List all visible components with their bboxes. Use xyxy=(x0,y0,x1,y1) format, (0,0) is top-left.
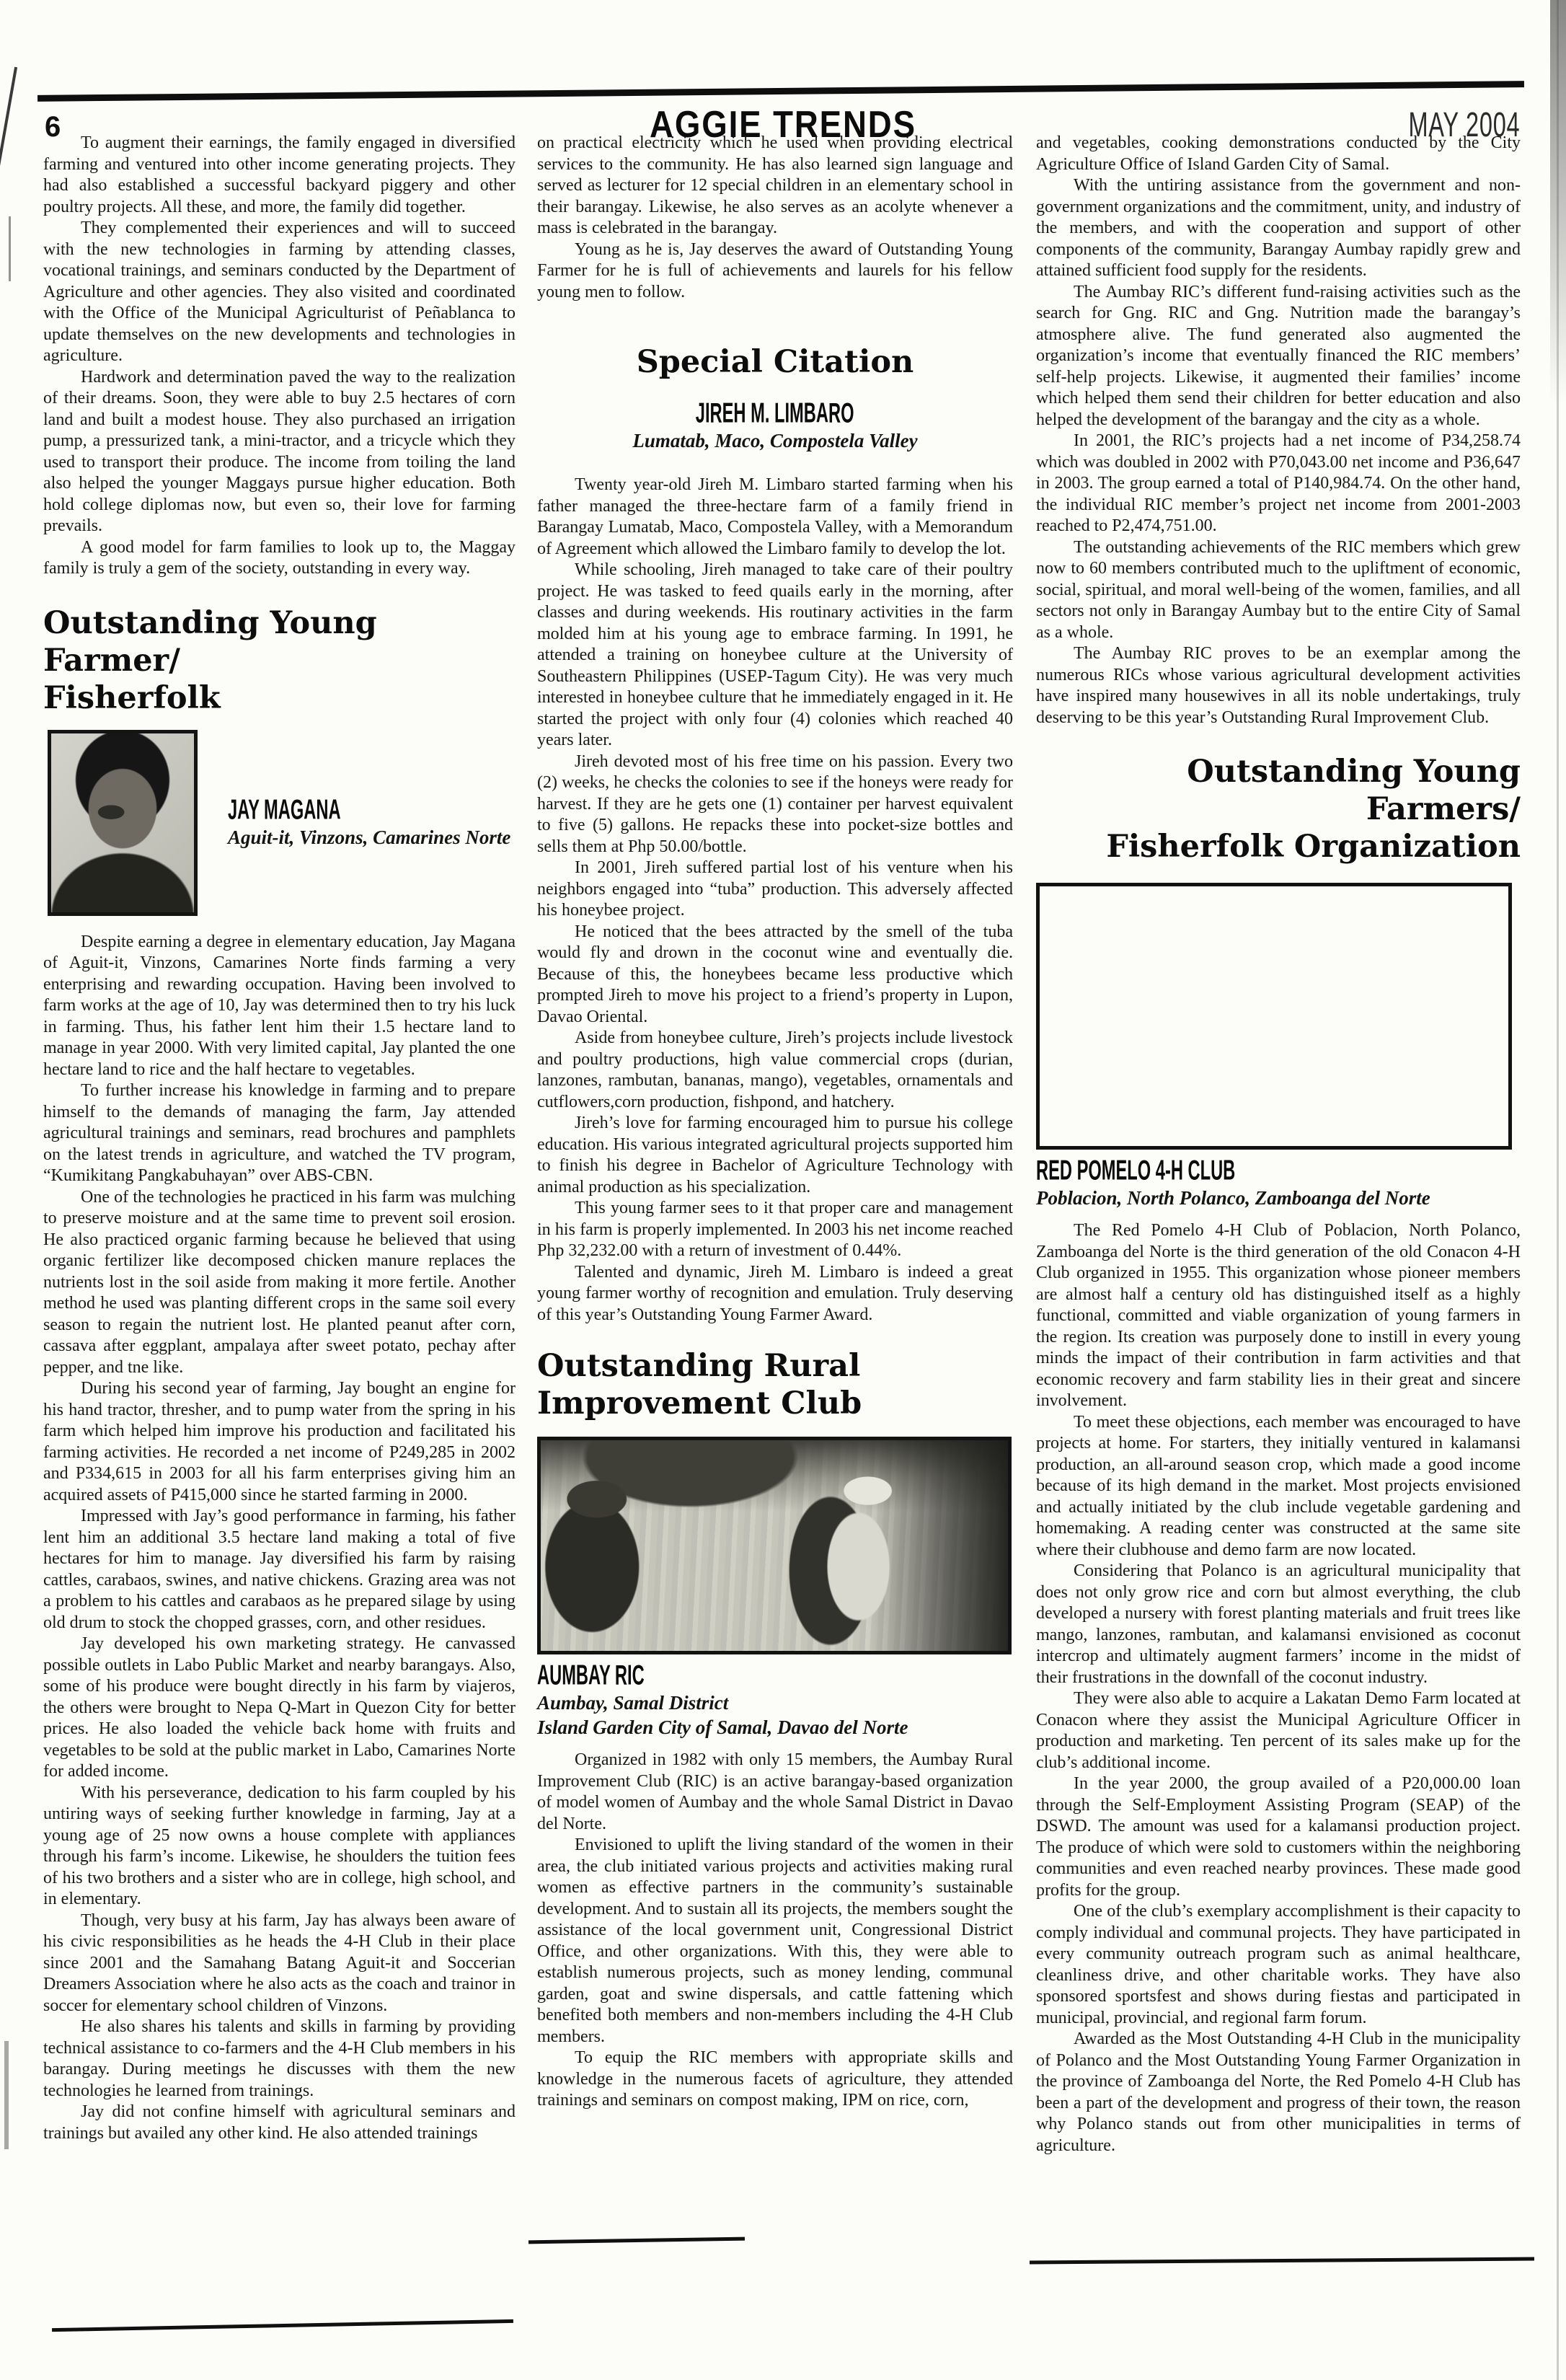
profile-name: JAY MAGANA xyxy=(228,795,341,825)
scan-artifact xyxy=(9,216,11,281)
profile-location: Lumatab, Maco, Compostela Valley xyxy=(537,428,1013,453)
article-paragraph: The Aumbay RIC proves to be an exemplar … xyxy=(1036,643,1521,728)
heading-line: Fisherfolk Organization xyxy=(1106,829,1521,865)
profile-name: JIREH M. LIMBARO xyxy=(696,398,854,428)
caption-name: AUMBAY RIC xyxy=(537,1660,645,1691)
article-paragraph: To further increase his knowledge in far… xyxy=(43,1080,516,1187)
article-paragraph: Hardwork and determination paved the way… xyxy=(43,367,516,537)
article-paragraph: They were also able to acquire a Lakatan… xyxy=(1036,1688,1521,1773)
article-paragraph: Jireh devoted most of his free time on h… xyxy=(537,752,1013,858)
heading-line: Fisherfolk xyxy=(43,680,221,716)
profile-jireh-limbaro: JIREH M. LIMBARO Lumatab, Maco, Composte… xyxy=(537,400,1013,453)
article-paragraph: Jay developed his own marketing strategy… xyxy=(43,1634,516,1783)
article-paragraph: Impressed with Jay’s good performance in… xyxy=(43,1506,516,1634)
article-paragraph: Envisioned to uplift the living standard… xyxy=(537,1835,1013,2048)
photo-caption-red-pomelo: RED POMELO 4-H CLUB Poblacion, North Pol… xyxy=(1036,1157,1521,1210)
aumbay-ric-photo xyxy=(537,1437,1012,1654)
article-paragraph: He noticed that the bees attracted by th… xyxy=(537,922,1013,1028)
article-paragraph: With the untiring assistance from the go… xyxy=(1036,175,1521,282)
article-paragraph: Jireh’s love for farming encouraged him … xyxy=(537,1113,1013,1198)
article-paragraph: Aside from honeybee culture, Jireh’s pro… xyxy=(537,1028,1013,1113)
caption-location: Aumbay, Samal District xyxy=(537,1691,1013,1715)
bottom-rule-middle xyxy=(528,2237,745,2244)
article-paragraph: To augment their earnings, the family en… xyxy=(43,133,516,218)
profile-jay-magana: JAY MAGANA Aguit-it, Vinzons, Camarines … xyxy=(48,730,516,916)
heading-line: Improvement Club xyxy=(537,1385,862,1422)
article-paragraph: In 2001, Jireh suffered partial lost of … xyxy=(537,858,1013,922)
scan-artifact xyxy=(1557,0,1559,2380)
article-paragraph: During his second year of farming, Jay b… xyxy=(43,1378,516,1506)
header-rule xyxy=(37,81,1524,102)
article-paragraph: The Aumbay RIC’s different fund-raising … xyxy=(1036,282,1521,431)
section-heading-special-citation: Special Citation xyxy=(537,343,1013,381)
newspaper-page: 6 AGGIE TRENDS MAY 2004 To augment their… xyxy=(0,0,1566,2380)
article-paragraph: One of the club’s exemplary accomplishme… xyxy=(1036,1901,1521,2029)
caption-location: Island Garden City of Samal, Davao del N… xyxy=(537,1715,1013,1740)
article-paragraph: Though, very busy at his farm, Jay has a… xyxy=(43,1910,516,2017)
heading-line: Outstanding Young Farmers/ xyxy=(1187,754,1521,827)
red-pomelo-club-photo xyxy=(1036,883,1512,1150)
article-paragraph: Despite earning a degree in elementary e… xyxy=(43,932,516,1081)
article-paragraph: To meet these objections, each member wa… xyxy=(1036,1412,1521,1561)
profile-info: JAY MAGANA Aguit-it, Vinzons, Camarines … xyxy=(198,730,510,916)
article-paragraph: They complemented their experiences and … xyxy=(43,218,516,367)
article-paragraph: He also shares his talents and skills in… xyxy=(43,2017,516,2102)
article-paragraph: The Red Pomelo 4-H Club of Poblacion, No… xyxy=(1036,1220,1521,1412)
bottom-rule-left xyxy=(52,2319,513,2332)
heading-line: Outstanding Young Farmer/ xyxy=(43,605,377,679)
jay-magana-photo xyxy=(48,730,198,916)
heading-line: Outstanding Rural xyxy=(537,1348,860,1384)
article-paragraph: The outstanding achievements of the RIC … xyxy=(1036,537,1521,644)
article-paragraph: Twenty year-old Jireh M. Limbaro started… xyxy=(537,475,1013,560)
profile-location: Aguit-it, Vinzons, Camarines Norte xyxy=(228,825,510,850)
caption-name: RED POMELO 4-H CLUB xyxy=(1036,1155,1235,1186)
article-paragraph: A good model for farm families to look u… xyxy=(43,537,516,580)
article-paragraph: To equip the RIC members with appropriat… xyxy=(537,2048,1013,2112)
article-paragraph: Young as he is, Jay deserves the award o… xyxy=(537,239,1013,304)
article-paragraph: This young farmer sees to it that proper… xyxy=(537,1198,1013,1262)
article-paragraph: Organized in 1982 with only 15 members, … xyxy=(537,1750,1013,1835)
photo-caption-aumbay: AUMBAY RIC Aumbay, Samal District Island… xyxy=(537,1662,1013,1740)
article-paragraph: With his perseverance, dedication to his… xyxy=(43,1783,516,1910)
article-paragraph: Talented and dynamic, Jireh M. Limbaro i… xyxy=(537,1262,1013,1326)
section-heading-young-farmer: Outstanding Young Farmer/Fisherfolk xyxy=(43,604,516,717)
article-paragraph: Jay did not confine himself with agricul… xyxy=(43,2102,516,2144)
column-right: and vegetables, cooking demonstrations c… xyxy=(1036,133,1521,2156)
article-paragraph: and vegetables, cooking demonstrations c… xyxy=(1036,133,1521,175)
scan-artifact xyxy=(4,2041,9,2149)
article-paragraph: In the year 2000, the group availed of a… xyxy=(1036,1773,1521,1901)
article-paragraph: Considering that Polanco is an agricultu… xyxy=(1036,1561,1521,1688)
article-paragraph: Awarded as the Most Outstanding 4-H Club… xyxy=(1036,2029,1521,2156)
article-paragraph: In 2001, the RIC’s projects had a net in… xyxy=(1036,431,1521,537)
section-heading-farmers-organization: Outstanding Young Farmers/Fisherfolk Org… xyxy=(1036,753,1521,865)
article-paragraph: on practical electricity which he used w… xyxy=(537,133,1013,239)
article-paragraph: One of the technologies he practiced in … xyxy=(43,1187,516,1379)
article-paragraph: While schooling, Jireh managed to take c… xyxy=(537,560,1013,752)
section-heading-rural-improvement: Outstanding RuralImprovement Club xyxy=(537,1347,1013,1422)
bottom-rule-right xyxy=(1030,2257,1534,2265)
column-left: To augment their earnings, the family en… xyxy=(43,133,516,2144)
caption-location: Poblacion, North Polanco, Zamboanga del … xyxy=(1036,1186,1521,1210)
column-middle: on practical electricity which he used w… xyxy=(537,133,1013,2112)
